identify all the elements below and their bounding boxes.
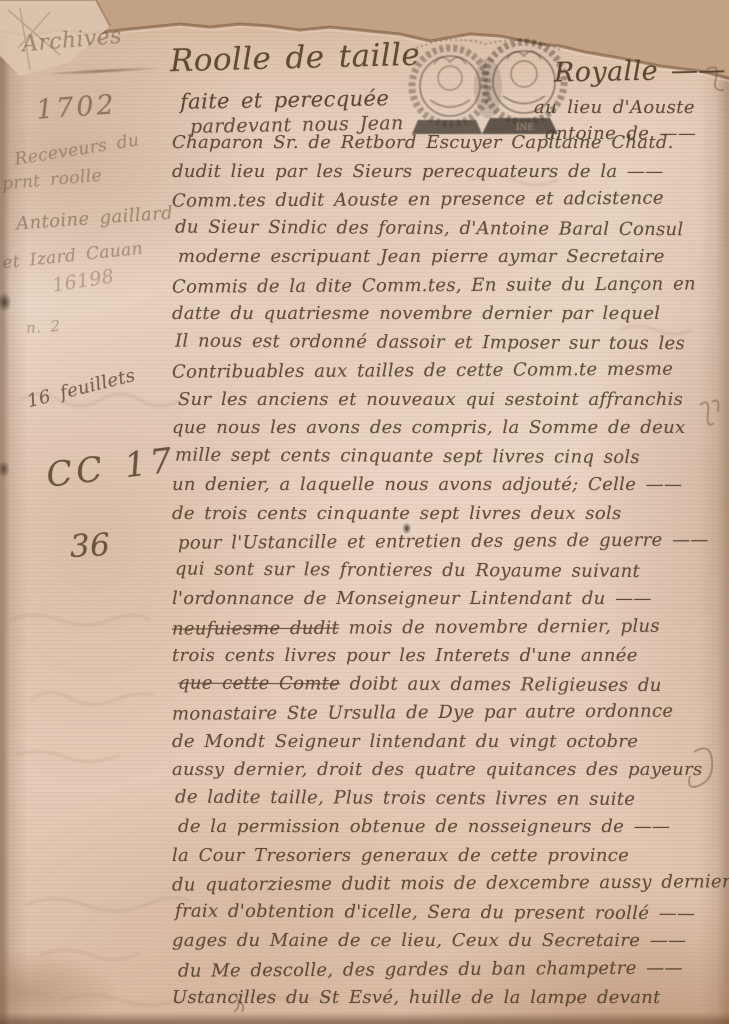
manuscript-line: Chaparon Sr. de Retbord Escuyer Capitain… [172,132,724,161]
manuscript-line: Il nous est ordonné dassoir et Imposer s… [175,330,724,361]
manuscript-line: un denier, a laquelle nous avons adjouté… [172,474,724,503]
folio-number: 36 [69,527,111,565]
manuscript-line: mille sept cents cinquante sept livres c… [175,444,724,475]
struck-text: neufuiesme dudit [172,617,339,639]
manuscript-line: dudit lieu par les Sieurs perecquateurs … [172,161,724,190]
struck-text: que cette Comte [178,672,340,694]
manuscript-line: l'ordonnance de Monseigneur Lintendant d… [172,588,724,617]
manuscript-line: Sur les anciens et nouveaux qui sestoint… [178,389,724,418]
year-note: 1702 [35,89,118,126]
manuscript-line: que nous les avons des compris, la Somme… [172,417,724,446]
manuscript-line: du quatorziesme dudit mois de dexcembre … [172,871,724,903]
manuscript-line: que cette Comte doibt aux dames Religieu… [178,672,724,703]
manuscript-line: du Me descolle, des gardes du ban champe… [178,957,724,989]
intro-right-line1: au lieu d'Aouste [534,97,695,118]
manuscript-line: datte du quatriesme novembre dernier par… [172,303,724,332]
manuscript-line: Ustancilles du St Esvé, huille de la lam… [172,987,724,1016]
margin-small-note: n. 2 [25,317,61,337]
manuscript-line: pour l'Ustancille et entretien des gens … [178,529,724,561]
document-title-part1: Roolle de taille [170,37,421,80]
manuscript-line: de la permission obtenue de nosseigneurs… [178,816,724,845]
manuscript-line: la Cour Tresoriers generaux de cette pro… [172,845,724,874]
manuscript-page: INE Archives 1702 Receveurs du prnt rool… [0,0,729,1024]
manuscript-line: trois cents livres pour les Interets d'u… [172,645,724,674]
manuscript-line: Commis de la dite Comm.tes, En suite du … [172,273,724,305]
manuscript-line: du Sieur Sindic des forains, d'Antoine B… [175,216,724,247]
manuscript-line: de trois cents cinquante sept livres deu… [172,503,724,532]
manuscript-line: de Mondt Seigneur lintendant du vingt oc… [172,731,724,760]
manuscript-line: Contribuables aux tailles de cette Comm.… [172,358,724,390]
intro-left-line1: faite et perecquée [180,86,390,114]
document-title-part2: Royalle —— [554,55,726,89]
body-lines: Chaparon Sr. de Retbord Escuyer Capitain… [172,132,724,1016]
manuscript-line: Comm.tes dudit Aouste en presence et adc… [172,187,724,219]
manuscript-line: fraix d'obtention d'icelle, Sera du pres… [175,900,724,931]
manuscript-line: qui sont sur les frontieres du Royaume s… [175,558,724,589]
manuscript-line: neufuiesme dudit mois de novembre dernie… [172,615,724,647]
manuscript-line: monastaire Ste Ursulla de Dye par autre … [172,700,724,732]
manuscript-line: aussy dernier, droit des quatre quitance… [172,759,724,788]
manuscript-line: de ladite taille, Plus trois cents livre… [175,786,724,817]
manuscript-line: moderne escripuant Jean pierre aymar Sec… [178,246,724,275]
manuscript-line: gages du Maine de ce lieu, Ceux du Secre… [172,930,724,959]
